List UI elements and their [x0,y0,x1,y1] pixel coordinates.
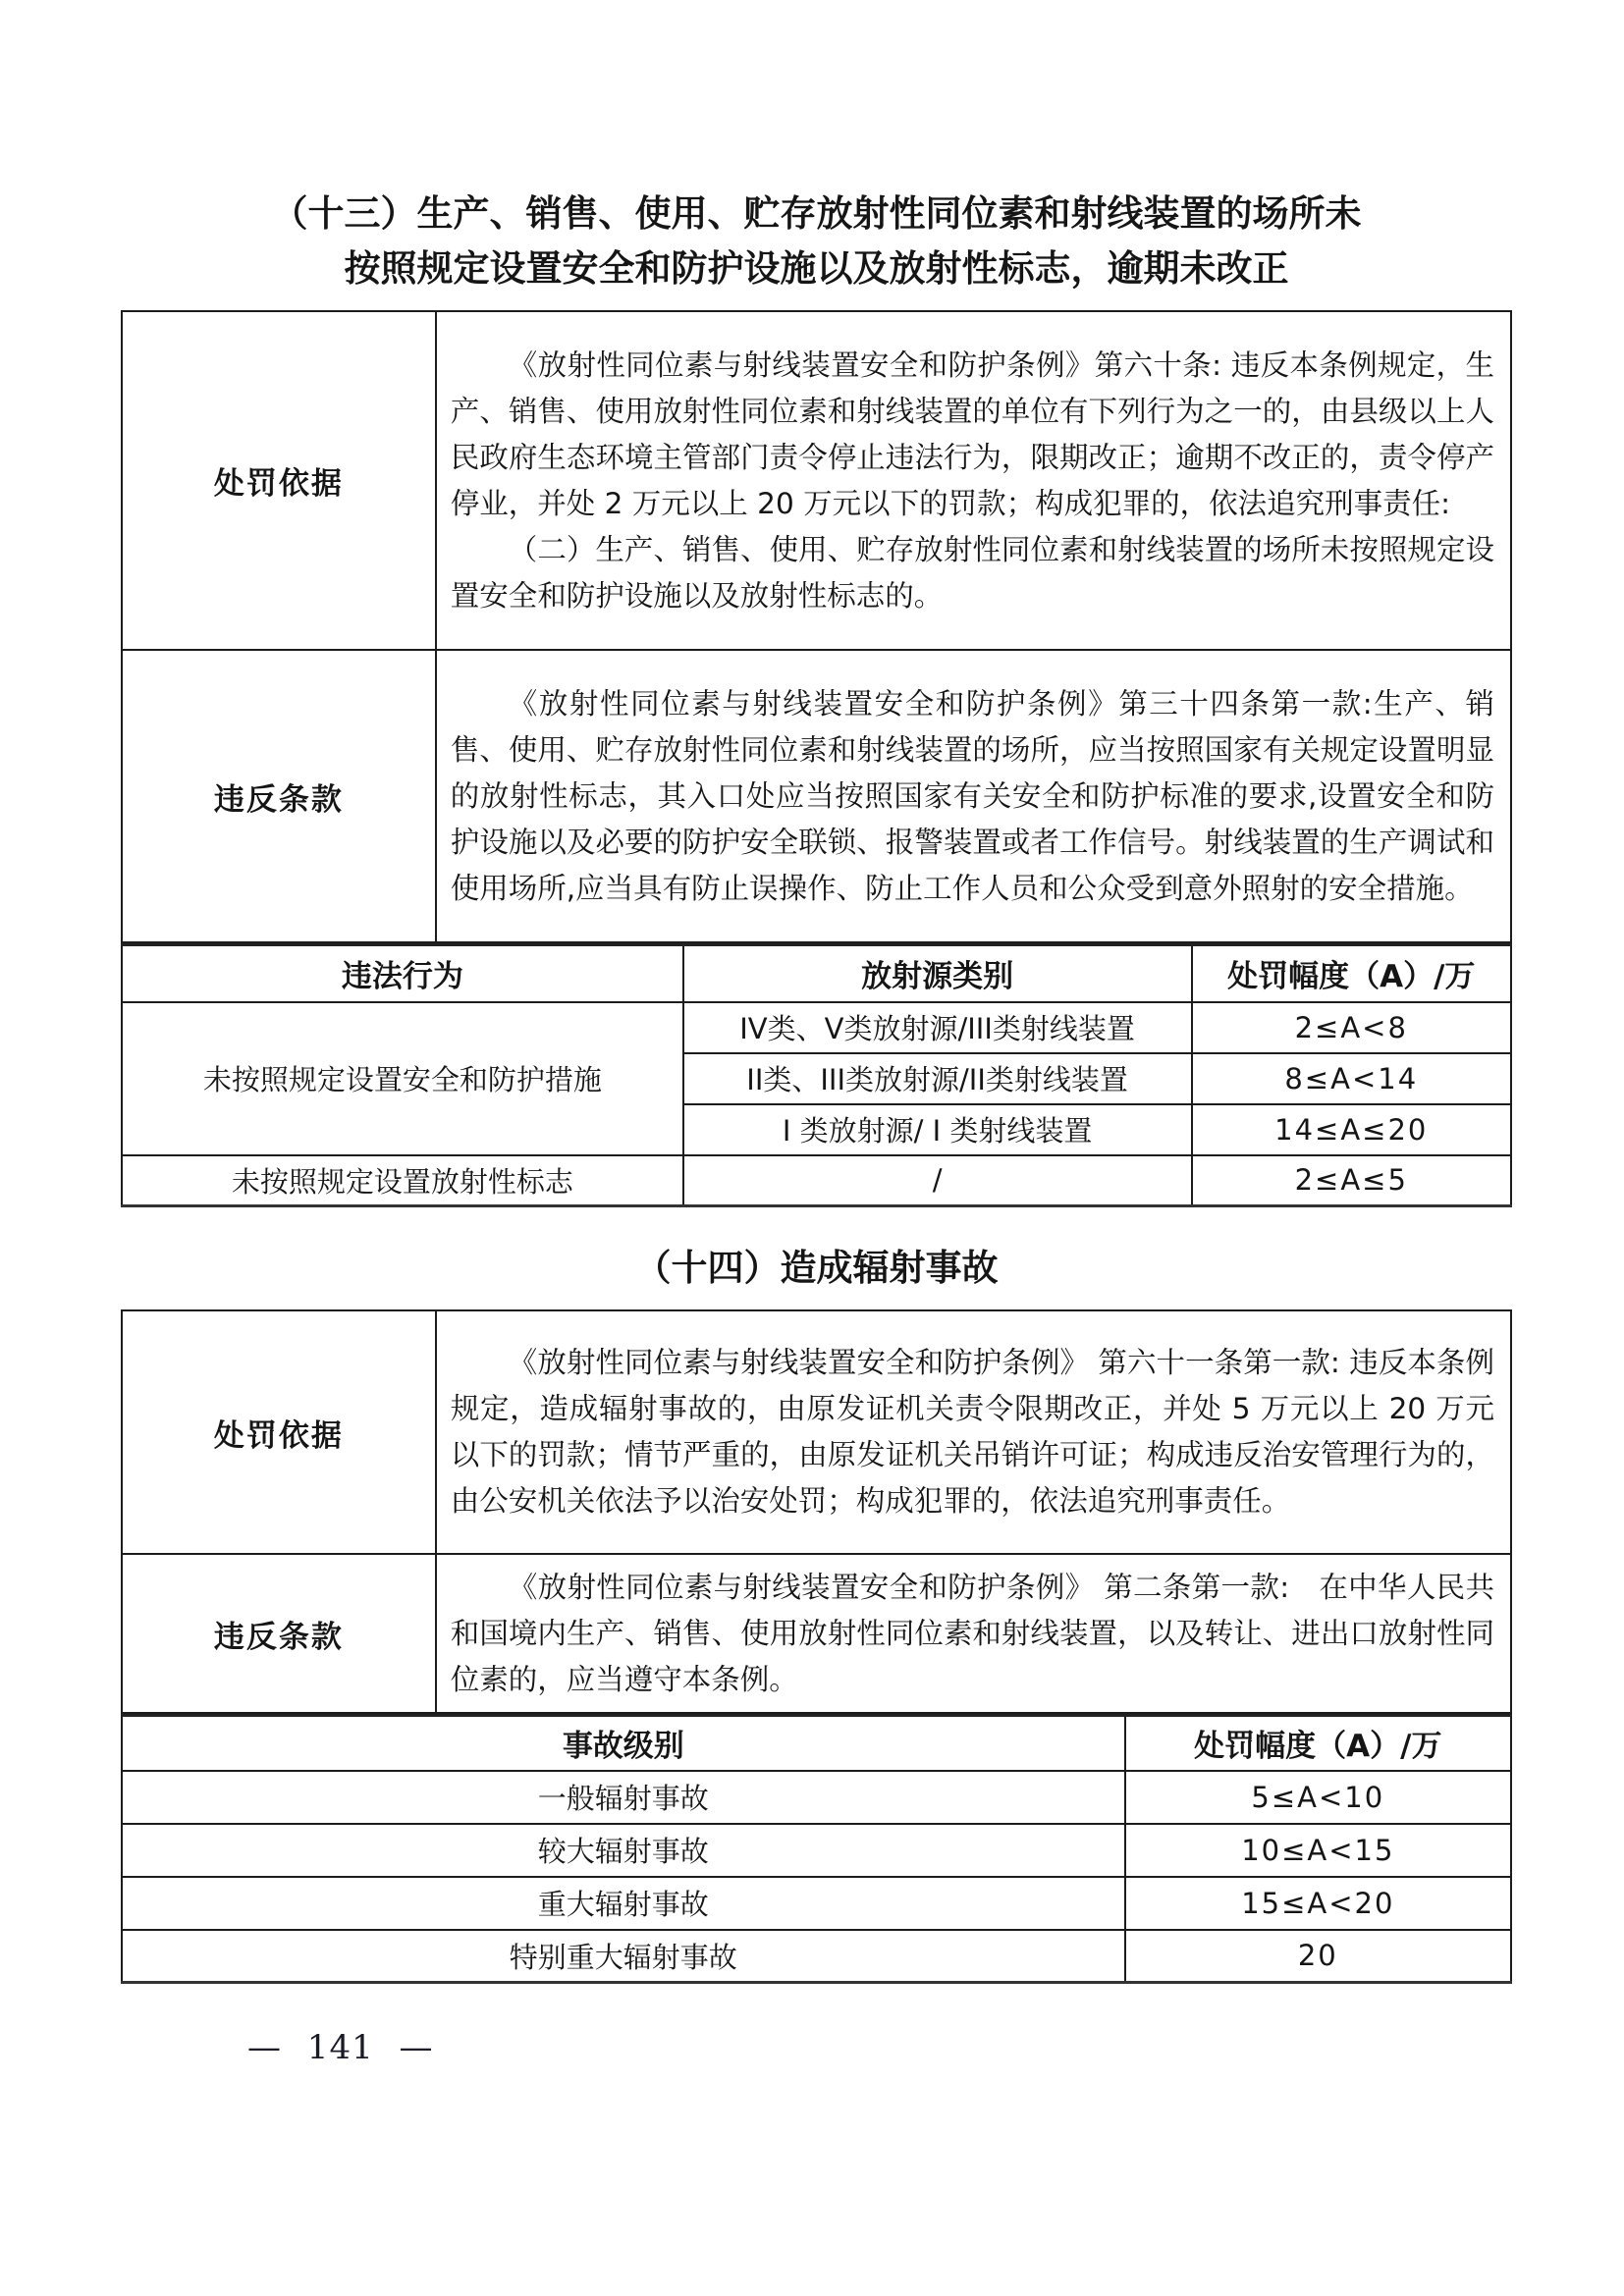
accident-level-cell: 重大辐射事故 [122,1877,1125,1930]
section-13-title-line2: 按照规定设置安全和防护设施以及放射性标志，逾期未改正 [121,241,1512,296]
penalty-range-cell: 20 [1125,1930,1511,1983]
penalty-basis-content: 《放射性同位素与射线装置安全和防护条例》 第六十一条第一款: 违反本条例规定，造… [436,1310,1511,1554]
table-row: 未按照规定设置安全和防护措施 IV类、V类放射源/III类射线装置 2≤A<8 [122,1002,1511,1053]
penalty-range-cell: 2≤A<8 [1192,1002,1511,1053]
column-header-behavior: 违法行为 [122,945,683,1002]
violated-clause-paragraph: 《放射性同位素与射线装置安全和防护条例》第三十四条第一款:生产、销售、使用、贮存… [451,681,1494,912]
violated-clause-content: 《放射性同位素与射线装置安全和防护条例》 第二条第一款: 在中华人民共和国境内生… [436,1554,1511,1713]
section-13-title-line1: （十三）生产、销售、使用、贮存放射性同位素和射线装置的场所未 [121,187,1512,241]
penalty-basis-label: 处罚依据 [122,1310,436,1554]
violated-clause-content: 《放射性同位素与射线装置安全和防护条例》第三十四条第一款:生产、销售、使用、贮存… [436,650,1511,942]
column-header-source-category: 放射源类别 [683,945,1192,1002]
accident-level-cell: 较大辐射事故 [122,1824,1125,1877]
column-header-penalty-range: 处罚幅度（A）/万 [1125,1716,1511,1771]
column-header-penalty-range: 处罚幅度（A）/万 [1192,945,1511,1002]
table-row: 处罚依据 《放射性同位素与射线装置安全和防护条例》第六十条: 违反本条例规定，生… [122,311,1511,650]
section-13-title: （十三）生产、销售、使用、贮存放射性同位素和射线装置的场所未 按照规定设置安全和… [121,187,1512,296]
table-row: 特别重大辐射事故 20 [122,1930,1511,1983]
source-category-cell: I 类放射源/ I 类射线装置 [683,1104,1192,1155]
accident-level-cell: 一般辐射事故 [122,1771,1125,1824]
penalty-basis-paragraph-1: 《放射性同位素与射线装置安全和防护条例》第六十条: 违反本条例规定，生产、销售、… [451,343,1494,527]
violated-clause-paragraph: 《放射性同位素与射线装置安全和防护条例》 第二条第一款: 在中华人民共和国境内生… [451,1565,1494,1703]
section-14-accident-grid: 事故级别 处罚幅度（A）/万 一般辐射事故 5≤A<10 较大辐射事故 10≤A… [121,1714,1512,1984]
penalty-range-cell: 5≤A<10 [1125,1771,1511,1824]
table-row: 处罚依据 《放射性同位素与射线装置安全和防护条例》 第六十一条第一款: 违反本条… [122,1310,1511,1554]
table-row: 违反条款 《放射性同位素与射线装置安全和防护条例》第三十四条第一款:生产、销售、… [122,650,1511,942]
table-row: 一般辐射事故 5≤A<10 [122,1771,1511,1824]
penalty-basis-paragraph-2: （二）生产、销售、使用、贮存放射性同位素和射线装置的场所未按照规定设置安全和防护… [451,527,1494,619]
source-category-cell: II类、III类放射源/II类射线装置 [683,1053,1192,1104]
source-category-cell: IV类、V类放射源/III类射线装置 [683,1002,1192,1053]
table-row: 较大辐射事故 10≤A<15 [122,1824,1511,1877]
document-page: （十三）生产、销售、使用、贮存放射性同位素和射线装置的场所未 按照规定设置安全和… [0,0,1624,2296]
penalty-range-cell: 15≤A<20 [1125,1877,1511,1930]
page-number: — 141 — [247,2028,434,2067]
section-14-basis-table: 处罚依据 《放射性同位素与射线装置安全和防护条例》 第六十一条第一款: 违反本条… [121,1309,1512,1714]
penalty-range-cell: 14≤A≤20 [1192,1104,1511,1155]
table-header-row: 事故级别 处罚幅度（A）/万 [122,1716,1511,1771]
behavior-cell: 未按照规定设置放射性标志 [122,1155,683,1206]
section-13-penalty-grid: 违法行为 放射源类别 处罚幅度（A）/万 未按照规定设置安全和防护措施 IV类、… [121,943,1512,1207]
violated-clause-label: 违反条款 [122,1554,436,1713]
table-row: 未按照规定设置放射性标志 / 2≤A≤5 [122,1155,1511,1206]
behavior-group-cell: 未按照规定设置安全和防护措施 [122,1002,683,1155]
penalty-range-cell: 8≤A<14 [1192,1053,1511,1104]
table-header-row: 违法行为 放射源类别 处罚幅度（A）/万 [122,945,1511,1002]
column-header-accident-level: 事故级别 [122,1716,1125,1771]
accident-level-cell: 特别重大辐射事故 [122,1930,1125,1983]
section-13-basis-table: 处罚依据 《放射性同位素与射线装置安全和防护条例》第六十条: 违反本条例规定，生… [121,310,1512,943]
penalty-basis-label: 处罚依据 [122,311,436,650]
violated-clause-label: 违反条款 [122,650,436,942]
source-category-cell: / [683,1155,1192,1206]
penalty-basis-paragraph: 《放射性同位素与射线装置安全和防护条例》 第六十一条第一款: 违反本条例规定，造… [451,1340,1494,1524]
section-14-title: （十四）造成辐射事故 [121,1241,1512,1296]
penalty-basis-content: 《放射性同位素与射线装置安全和防护条例》第六十条: 违反本条例规定，生产、销售、… [436,311,1511,650]
penalty-range-cell: 2≤A≤5 [1192,1155,1511,1206]
penalty-range-cell: 10≤A<15 [1125,1824,1511,1877]
table-row: 违反条款 《放射性同位素与射线装置安全和防护条例》 第二条第一款: 在中华人民共… [122,1554,1511,1713]
table-row: 重大辐射事故 15≤A<20 [122,1877,1511,1930]
